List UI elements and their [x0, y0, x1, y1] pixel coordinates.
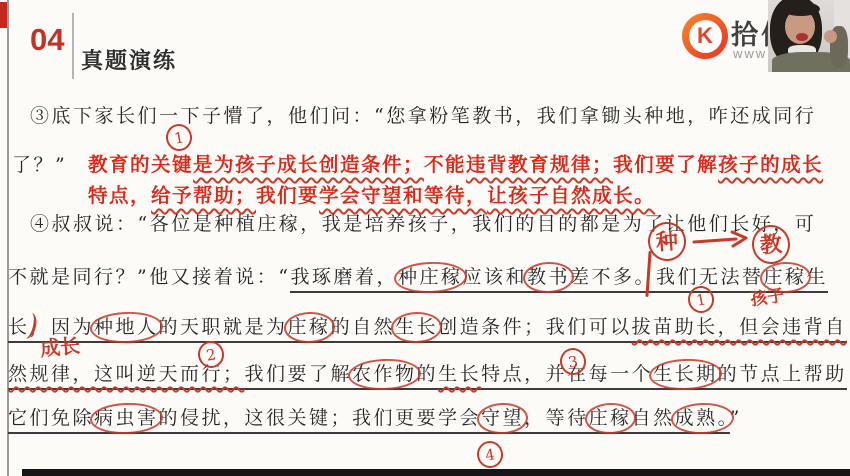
text-segment: 创造条件；我们可以	[438, 316, 632, 343]
red-note-line1: 教育的关键是为孩子成长创造条件；不能违背教育规律；我们要了解孩子的成长	[88, 149, 823, 177]
annotated-word: 农作物	[352, 363, 417, 390]
annotated-word: 生长	[395, 316, 438, 343]
text-segment: 了？”	[12, 154, 67, 176]
annotated-word: 庄稼	[288, 316, 331, 343]
para4-line5: 它们免除病虫害的侵扰，这很关键；我们更要学会守望，等待庄稼自然成熟。”	[8, 403, 742, 430]
presenter-mouth	[796, 33, 808, 41]
handwritten-haizi: 孩子	[748, 281, 785, 310]
text-segment: 是为孩子成长创造条件；	[193, 153, 424, 176]
presenter-hand	[824, 30, 837, 43]
text-segment: 我们要了解	[245, 363, 353, 390]
text-segment: 我琢磨着，	[290, 266, 398, 293]
arrow-icon	[692, 230, 750, 252]
text-segment: 它们免除	[8, 407, 94, 434]
text-segment: 的节点上帮助	[718, 363, 847, 390]
text-segment: 给予帮助；	[151, 184, 256, 207]
para3-line2-tail: 了？”	[12, 150, 67, 177]
annotated-word: 守望	[481, 407, 524, 434]
text-segment: 我们要了解	[613, 153, 718, 176]
handwritten-chengzhang: 成长	[39, 329, 81, 361]
webcam-video	[768, 0, 850, 72]
text-segment: ，等待	[524, 407, 589, 434]
text-segment: 让孩子自然成长。	[487, 184, 655, 207]
text-segment: 教育的关键	[88, 153, 193, 176]
handwritten-circled-4: 4	[475, 439, 505, 470]
text-segment: 违背教育规律；	[466, 153, 613, 176]
annotated-word: 种地人	[94, 316, 159, 343]
annotated-word: 生长期	[653, 363, 718, 390]
text-segment: 学会守望和等待，	[319, 184, 487, 207]
annotated-word: 教书	[527, 266, 570, 293]
text-segment: 生长	[438, 363, 481, 390]
brand-logo-letter: K	[689, 20, 722, 53]
para3-line1: ③底下家长们一下子懵了，他们问：“您拿粉笔教书，我们拿锄头种地，咋还成同行	[30, 101, 816, 128]
text-segment: 的自然	[331, 316, 396, 343]
section-title: 真题演练	[81, 44, 177, 75]
annotated-word: 病虫害	[94, 407, 159, 434]
text-segment: 特点，	[88, 184, 151, 207]
bottom-bar	[22, 469, 850, 476]
text-segment: ③底下家长们一下子懵了，他们问：“您拿粉笔教书，我们拿锄头种地，咋还成同行	[30, 105, 816, 127]
brand-logo-icon: K	[682, 13, 728, 59]
header-divider	[72, 13, 74, 79]
red-note-line2: 特点，给予帮助；我们要学会守望和等待，让孩子自然成长。	[88, 180, 655, 208]
text-segment: 的天职就是为	[159, 316, 288, 343]
annotated-word: 成熟。	[675, 407, 730, 434]
para4-line2: 不就是同行？”他又接着说：“我琢磨着，种庄稼应该和教书差不多。我们无法替庄稼生	[8, 262, 828, 289]
brand-url: www	[733, 46, 767, 61]
text-segment: 应该和	[462, 266, 527, 293]
text-segment: 自然	[632, 407, 675, 434]
text-segment: 孩子的成长	[718, 153, 823, 176]
corner-accent-bar	[0, 2, 7, 28]
text-segment: 差不多。我们无法替	[570, 266, 764, 293]
annotated-word: 种庄稼	[398, 266, 463, 293]
text-segment: 我们要	[256, 184, 319, 207]
para4-line3: 长，因为种地人的天职就是为庄稼的自然生长创造条件；我们可以拔苗助长，但会违背自	[8, 312, 847, 339]
text-segment: 拔苗助长，但会违背自	[632, 316, 847, 343]
section-number: 04	[30, 22, 64, 58]
para4-line4: 然规律，这叫逆天而行；我们要了解农作物的生长特点，并在每一个生长期的节点上帮助	[8, 359, 847, 386]
presenter-bangs	[782, 2, 820, 16]
annotated-word: 庄稼	[589, 407, 632, 434]
lesson-slide: 04 真题演练 K 拾伍 www ③底下家长们一下子懵了，他们问：“您拿粉笔教书…	[0, 0, 850, 476]
text-segment: 的侵扰，这很关键；我们更要学会	[159, 407, 482, 434]
text-segment: 不能	[424, 153, 466, 176]
text-segment: 不就是同行？”他又接着说：“	[8, 266, 290, 288]
